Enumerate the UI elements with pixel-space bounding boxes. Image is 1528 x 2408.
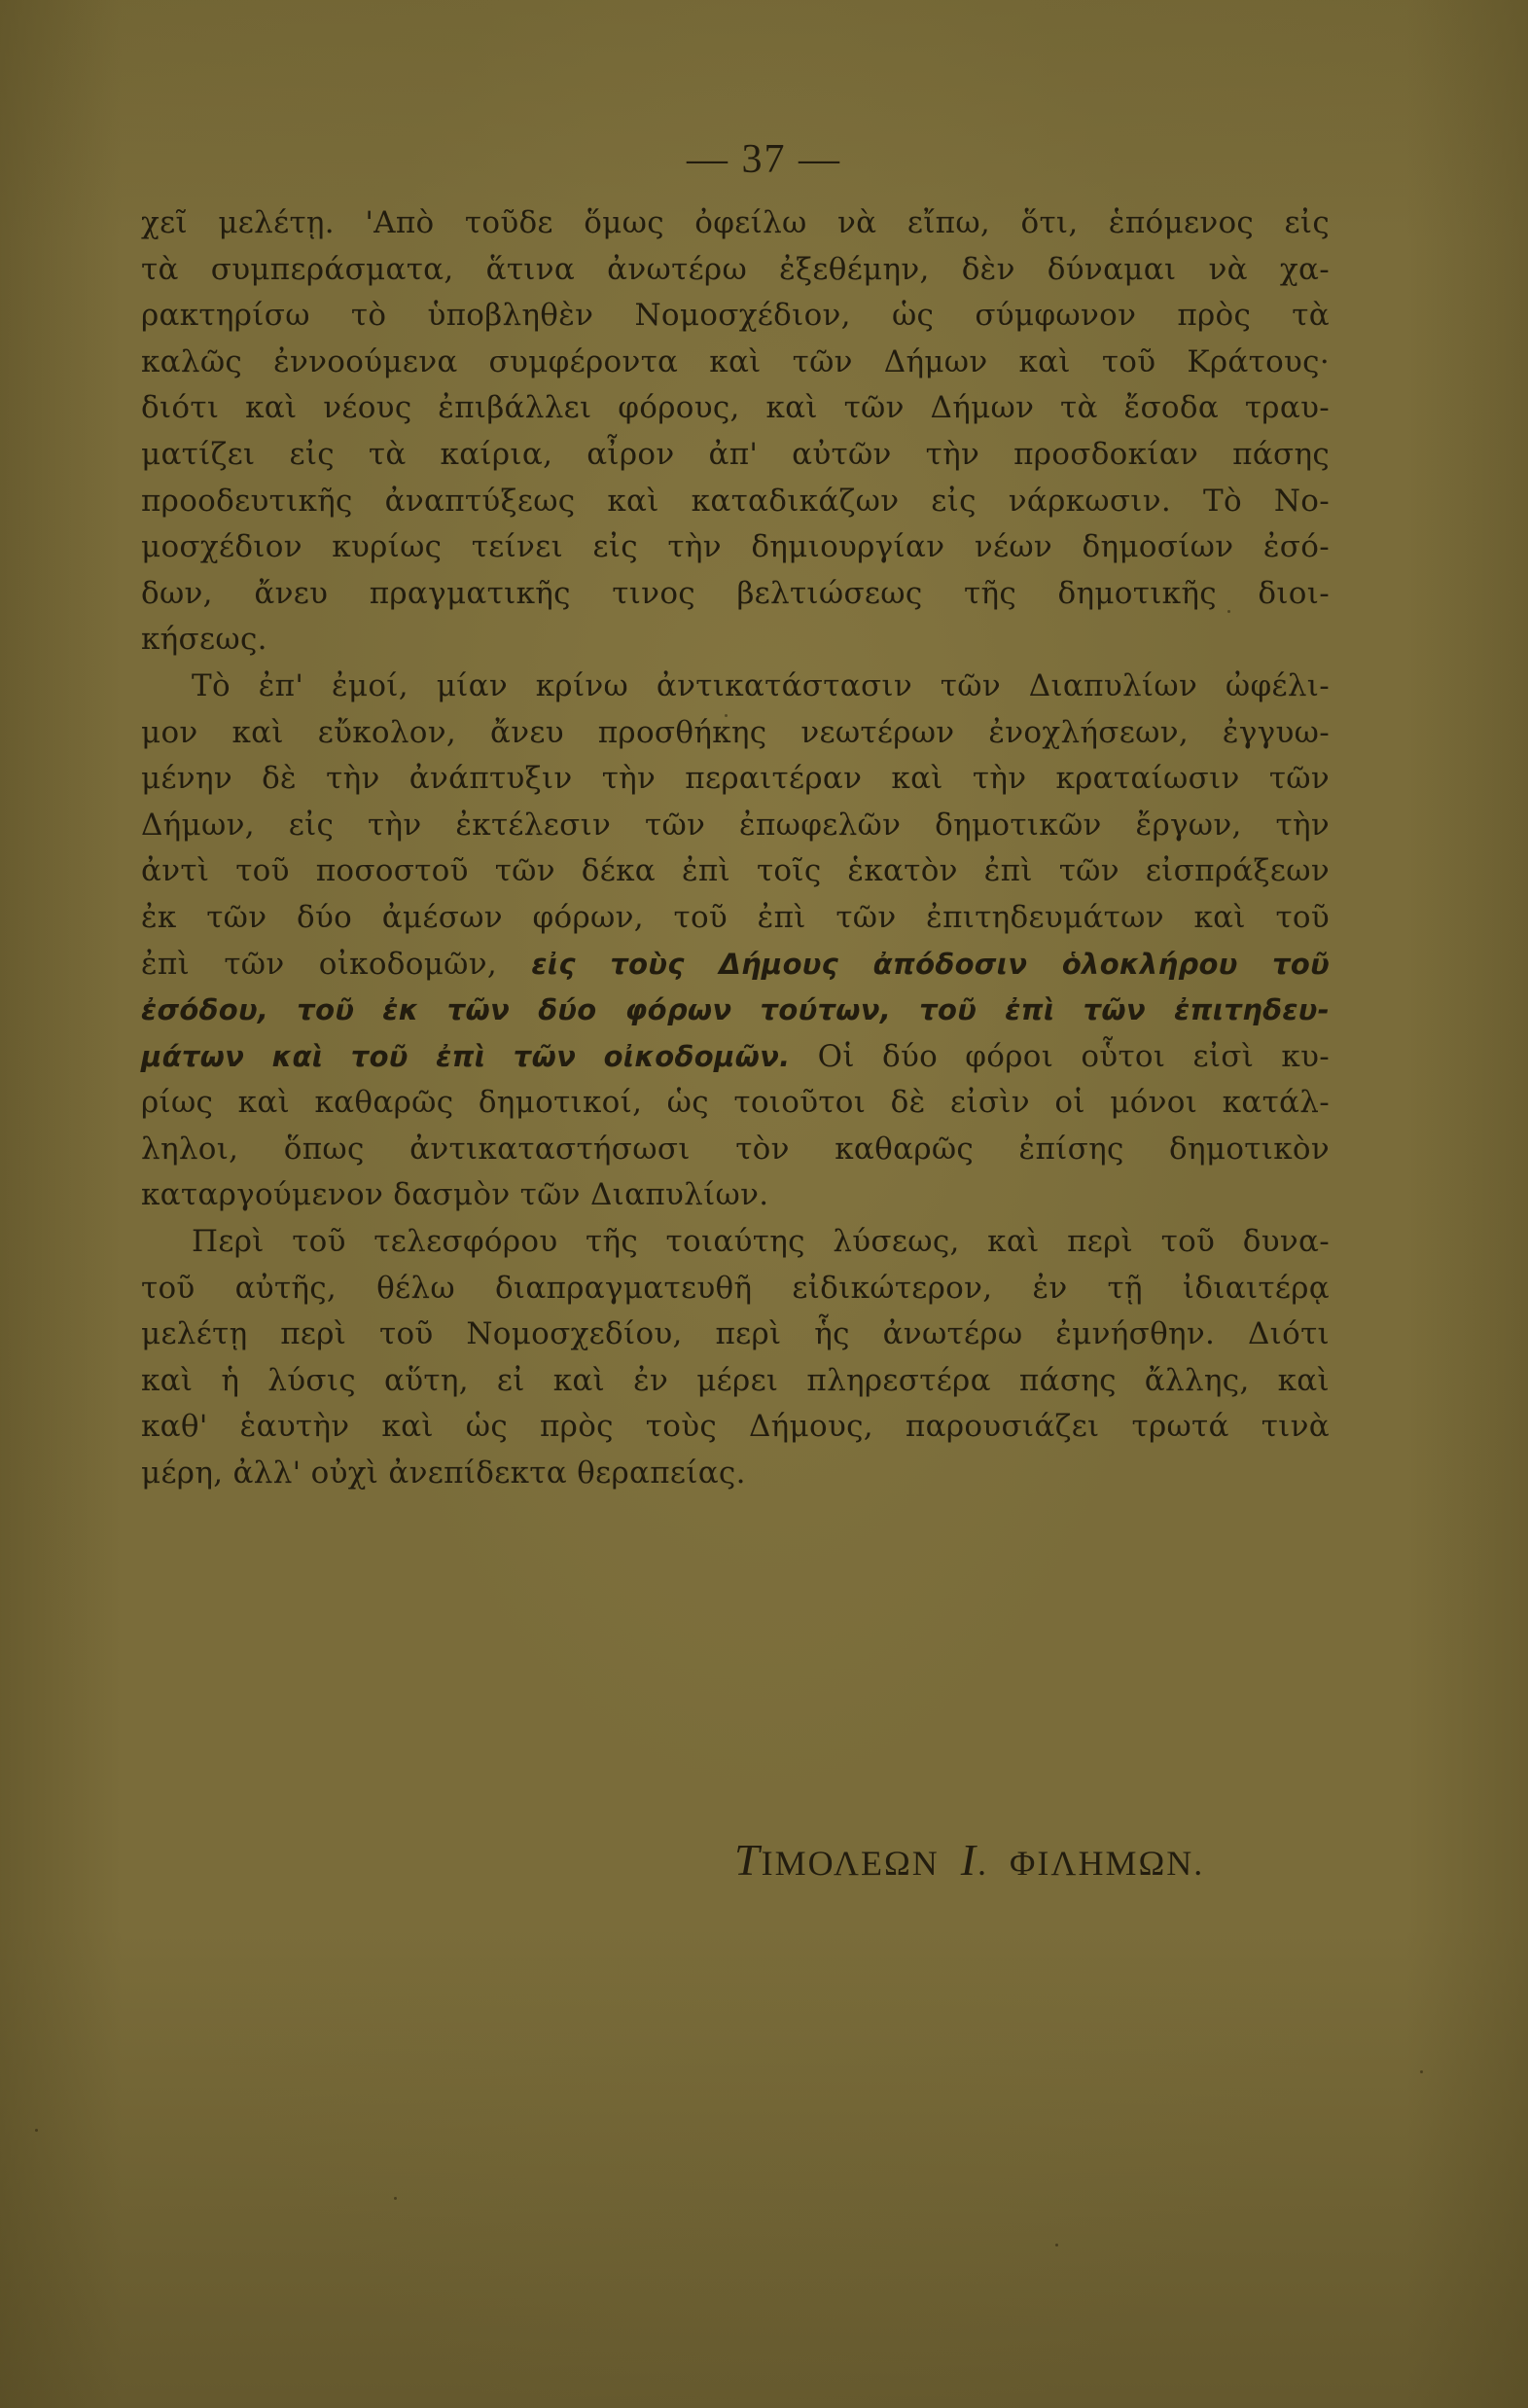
text-line: καθ' ἑαυτὴν καὶ ὡς πρὸς τοὺς Δήμους, παρ… [141,1404,1330,1451]
text-line: κήσεως. [141,617,1330,664]
text-line: προοδευτικῆς ἀναπτύξεως καὶ καταδικάζων … [141,479,1330,525]
text-line: μέρη, ἀλλ' οὐχὶ ἀνεπίδεκτα θεραπείας. [141,1451,1330,1497]
paragraph-continuation: χεῖ μελέτῃ. 'Απὸ τοῦδε ὅμως ὀφείλω νὰ εἴ… [141,200,1330,664]
text-line: Δήμων, εἰς τὴν ἐκτέλεσιν τῶν ἐπωφελῶν δη… [141,803,1330,849]
text-line: διότι καὶ νέους ἐπιβάλλει φόρους, καὶ τῶ… [141,385,1330,432]
signature-first-initial: Τ [734,1835,762,1885]
text-line-mixed: μάτων καὶ τοῦ ἐπὶ τῶν οἰκοδομῶν. Οἱ δύο … [141,1034,1330,1081]
body-text: χεῖ μελέτῃ. 'Απὸ τοῦδε ὅμως ὀφείλω νὰ εἴ… [141,200,1330,1497]
paragraph-proposal: Τὸ ἐπ' ἐμοί, μίαν κρίνω ἀντικατάστασιν τ… [141,664,1330,1219]
text-line: ἐκ τῶν δύο ἀμέσων φόρων, τοῦ ἐπὶ τῶν ἐπι… [141,895,1330,942]
paragraph-conclusion: Περὶ τοῦ τελεσφόρου τῆς τοιαύτης λύσεως,… [141,1219,1330,1497]
text-line: ρίως καὶ καθαρῶς δημοτικοί, ὡς τοιοῦτοι … [141,1080,1330,1127]
emphasized-text: μάτων καὶ τοῦ ἐπὶ τῶν οἰκοδομῶν. [141,1040,791,1073]
signature-surname: ΦΙΛΗΜΩΝ. [1010,1844,1204,1883]
text-line: ἀντὶ τοῦ ποσοστοῦ τῶν δέκα ἐπὶ τοῖς ἑκατ… [141,848,1330,895]
signature-first-name: ΙΜΟΛΕΩΝ [762,1844,940,1883]
text-line: μελέτῃ περὶ τοῦ Νομοσχεδίου, περὶ ἧς ἀνω… [141,1312,1330,1358]
plain-text: ἐπὶ τῶν οἰκοδομῶν, [141,947,531,982]
paper-speck [725,714,728,717]
plain-text: Οἱ δύο φόροι οὗτοι εἰσὶ κυ- [791,1039,1330,1074]
text-line-mixed: ἐσόδου, τοῦ ἐκ τῶν δύο φόρων τούτων, τοῦ… [141,988,1330,1034]
text-line: ληλοι, ὅπως ἀντικαταστήσωσι τὸν καθαρῶς … [141,1127,1330,1173]
text-line: καὶ ἡ λύσις αὕτη, εἰ καὶ ἐν μέρει πληρεσ… [141,1358,1330,1405]
page-number: — 37 — [0,136,1528,183]
text-line: μένην δὲ τὴν ἀνάπτυξιν τὴν περαιτέραν κα… [141,756,1330,803]
text-line: Τὸ ἐπ' ἐμοί, μίαν κρίνω ἀντικατάστασιν τ… [141,664,1330,710]
text-line: τοῦ αὐτῆς, θέλω διαπραγματευθῆ εἰδικώτερ… [141,1266,1330,1312]
text-line: ματίζει εἰς τὰ καίρια, αἶρον ἀπ' αὐτῶν τ… [141,432,1330,479]
paper-speck [35,2129,38,2132]
text-line: χεῖ μελέτῃ. 'Απὸ τοῦδε ὅμως ὀφείλω νὰ εἴ… [141,200,1330,247]
signature-middle-dot: . [977,1844,988,1883]
emphasized-text: εἰς τοὺς Δήμους ἀπόδοσιν ὁλοκλήρου τοῦ [531,948,1330,981]
text-line: καλῶς ἐννοούμενα συμφέροντα καὶ τῶν Δήμω… [141,340,1330,386]
text-line-mixed: ἐπὶ τῶν οἰκοδομῶν, εἰς τοὺς Δήμους ἀπόδο… [141,942,1330,988]
text-line: ρακτηρίσω τὸ ὑποβληθὲν Νομοσχέδιον, ὡς σ… [141,293,1330,340]
paper-speck [1227,610,1230,613]
text-line: μον καὶ εὔκολον, ἄνευ προσθήκης νεωτέρων… [141,710,1330,757]
scanned-book-page: — 37 — χεῖ μελέτῃ. 'Απὸ τοῦδε ὅμως ὀφείλ… [0,0,1528,2408]
text-line: τὰ συμπεράσματα, ἅτινα ἀνωτέρω ἐξεθέμην,… [141,247,1330,294]
paper-speck [1055,2244,1058,2246]
text-line: δων, ἄνευ πραγματικῆς τινος βελτιώσεως τ… [141,571,1330,618]
text-line: καταργούμενον δασμὸν τῶν Διαπυλίων. [141,1172,1330,1219]
signature-middle-initial: Ι [961,1835,977,1885]
text-line: Περὶ τοῦ τελεσφόρου τῆς τοιαύτης λύσεως,… [141,1219,1330,1266]
emphasized-text: ἐσόδου, τοῦ ἐκ τῶν δύο φόρων τούτων, τοῦ… [141,993,1330,1026]
author-signature: ΤΙΜΟΛΕΩΝ Ι. ΦΙΛΗΜΩΝ. [734,1834,1204,1886]
paper-speck [394,2197,397,2200]
text-line: μοσχέδιον κυρίως τείνει εἰς τὴν δημιουργ… [141,524,1330,571]
paper-speck [1420,2070,1423,2073]
